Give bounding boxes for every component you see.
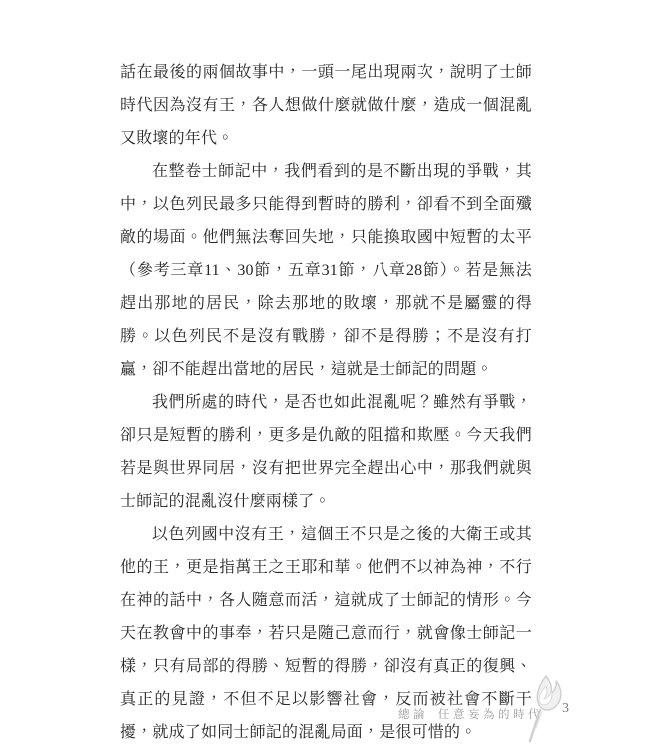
section-label: 總論 xyxy=(398,709,428,721)
paragraph: 在整卷士師記中，我們看到的是不斷出現的爭戰，其中，以色列民最多只能得到暫時的勝利… xyxy=(120,155,532,386)
paragraph-continuation: 話在最後的兩個故事中，一頭一尾出現兩次，說明了士師時代因為沒有王，各人想做什麼就… xyxy=(120,56,532,155)
body-text: 話在最後的兩個故事中，一頭一尾出現兩次，說明了士師時代因為沒有王，各人想做什麼就… xyxy=(120,56,532,749)
flame-icon xyxy=(526,674,564,744)
running-title: 總論任意妄為的時代 xyxy=(398,706,543,722)
page-number: 3 xyxy=(562,701,569,717)
page-footer: 總論任意妄為的時代 3 xyxy=(0,668,650,750)
book-page: 話在最後的兩個故事中，一頭一尾出現兩次，說明了士師時代因為沒有王，各人想做什麼就… xyxy=(0,0,650,750)
paragraph: 我們所處的時代，是否也如此混亂呢？雖然有爭戰，卻只是短暫的勝利，更多是仇敵的阻擋… xyxy=(120,386,532,518)
